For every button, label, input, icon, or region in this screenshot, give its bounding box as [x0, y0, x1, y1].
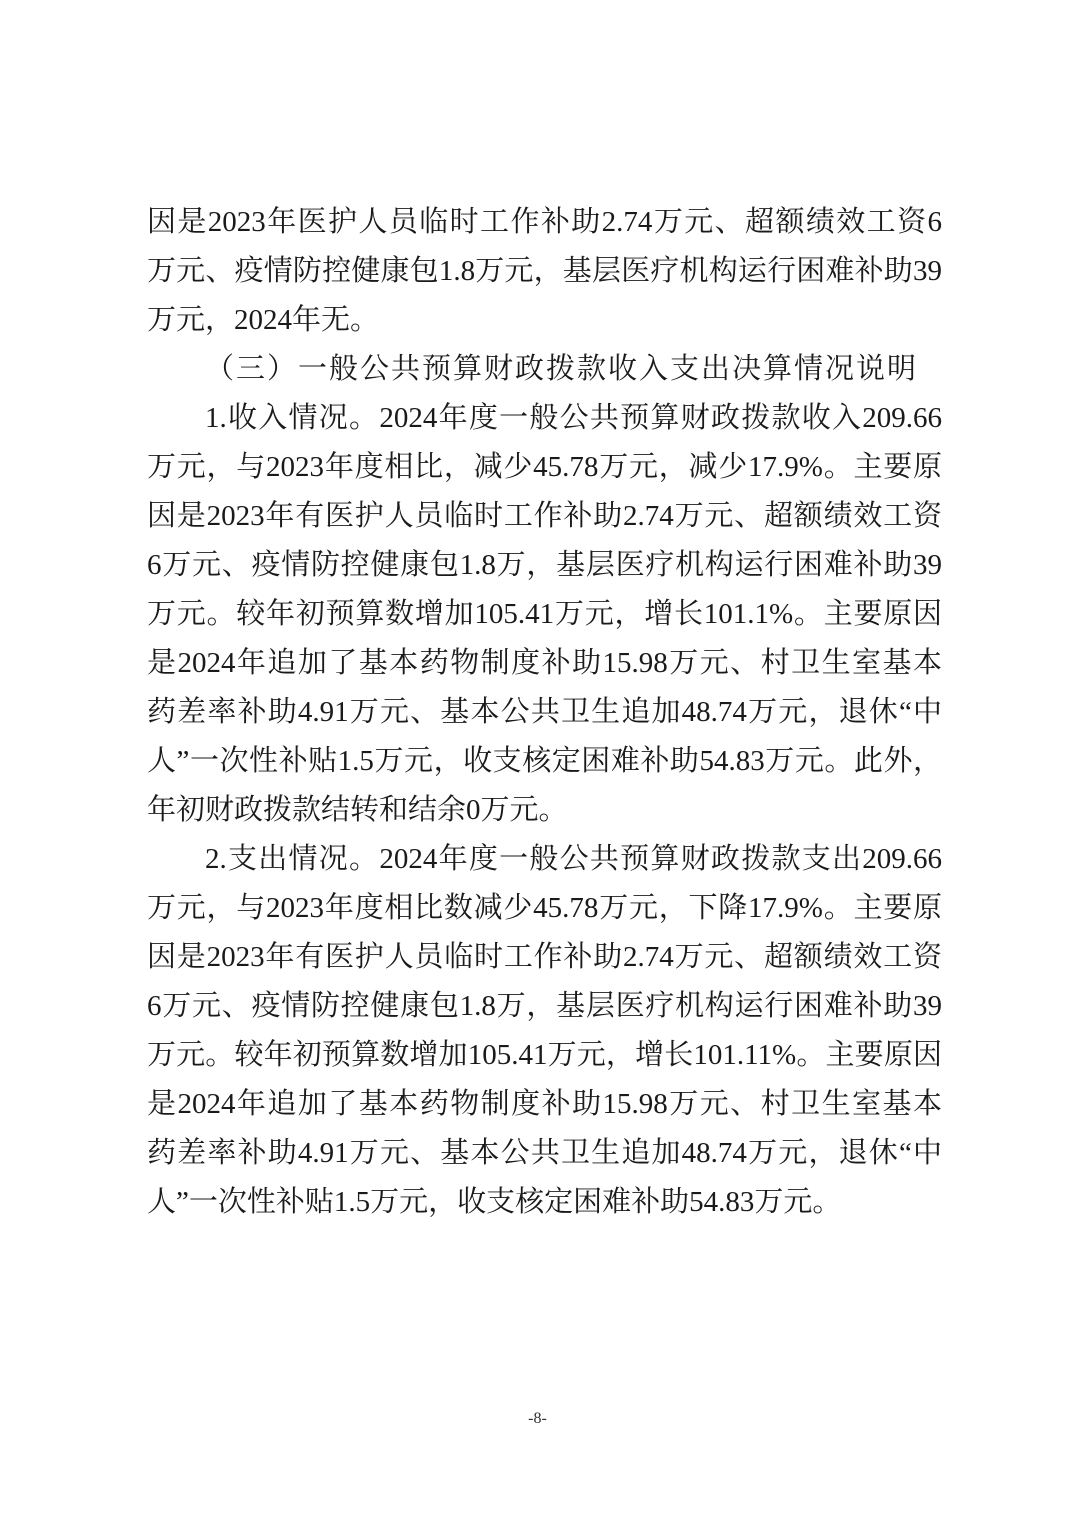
text-line: 6万元、疫情防控健康包1.8万，基层医疗机构运行困难补助39: [147, 982, 942, 1031]
text-line: 6万元、疫情防控健康包1.8万，基层医疗机构运行困难补助39: [147, 541, 942, 590]
text-line: 万元、疫情防控健康包1.8万元，基层医疗机构运行困难补助39: [147, 247, 942, 296]
text-line: 药差率补助4.91万元、基本公共卫生追加48.74万元，退休“中: [147, 1129, 942, 1178]
text-line: 万元，2024年无。: [147, 296, 942, 345]
text-line: 因是2023年有医护人员临时工作补助2.74万元、超额绩效工资: [147, 933, 942, 982]
text-line: 年初财政拨款结转和结余0万元。: [147, 786, 942, 835]
paragraph-expenditure: 2.支出情况。2024年度一般公共预算财政拨款支出209.66 万元，与2023…: [147, 835, 942, 1227]
section-heading: （三）一般公共预算财政拨款收入支出决算情况说明: [147, 345, 942, 394]
text-line: 万元。较年初预算数增加105.41万元，增长101.11%。主要原因: [147, 1031, 942, 1080]
text-line: 万元。较年初预算数增加105.41万元，增长101.1%。主要原因: [147, 590, 942, 639]
text-line: 1.收入情况。2024年度一般公共预算财政拨款收入209.66: [147, 394, 942, 443]
text-line: 万元，与2023年度相比，减少45.78万元，减少17.9%。主要原: [147, 443, 942, 492]
text-line: 万元，与2023年度相比数减少45.78万元，下降17.9%。主要原: [147, 884, 942, 933]
text-line: 人”一次性补贴1.5万元，收支核定困难补助54.83万元。: [147, 1178, 942, 1227]
page-number: -8-: [0, 1410, 1075, 1428]
text-line: 药差率补助4.91万元、基本公共卫生追加48.74万元，退休“中: [147, 688, 942, 737]
document-page: 因是2023年医护人员临时工作补助2.74万元、超额绩效工资6 万元、疫情防控健…: [147, 198, 942, 1227]
text-line: 人”一次性补贴1.5万元，收支核定困难补助54.83万元。此外，: [147, 737, 942, 786]
paragraph-income: 1.收入情况。2024年度一般公共预算财政拨款收入209.66 万元，与2023…: [147, 394, 942, 835]
paragraph-continuation: 因是2023年医护人员临时工作补助2.74万元、超额绩效工资6 万元、疫情防控健…: [147, 198, 942, 345]
text-line: 是2024年追加了基本药物制度补助15.98万元、村卫生室基本: [147, 639, 942, 688]
text-line: 因是2023年医护人员临时工作补助2.74万元、超额绩效工资6: [147, 198, 942, 247]
text-line: 是2024年追加了基本药物制度补助15.98万元、村卫生室基本: [147, 1080, 942, 1129]
text-line: 2.支出情况。2024年度一般公共预算财政拨款支出209.66: [147, 835, 942, 884]
text-line: 因是2023年有医护人员临时工作补助2.74万元、超额绩效工资: [147, 492, 942, 541]
